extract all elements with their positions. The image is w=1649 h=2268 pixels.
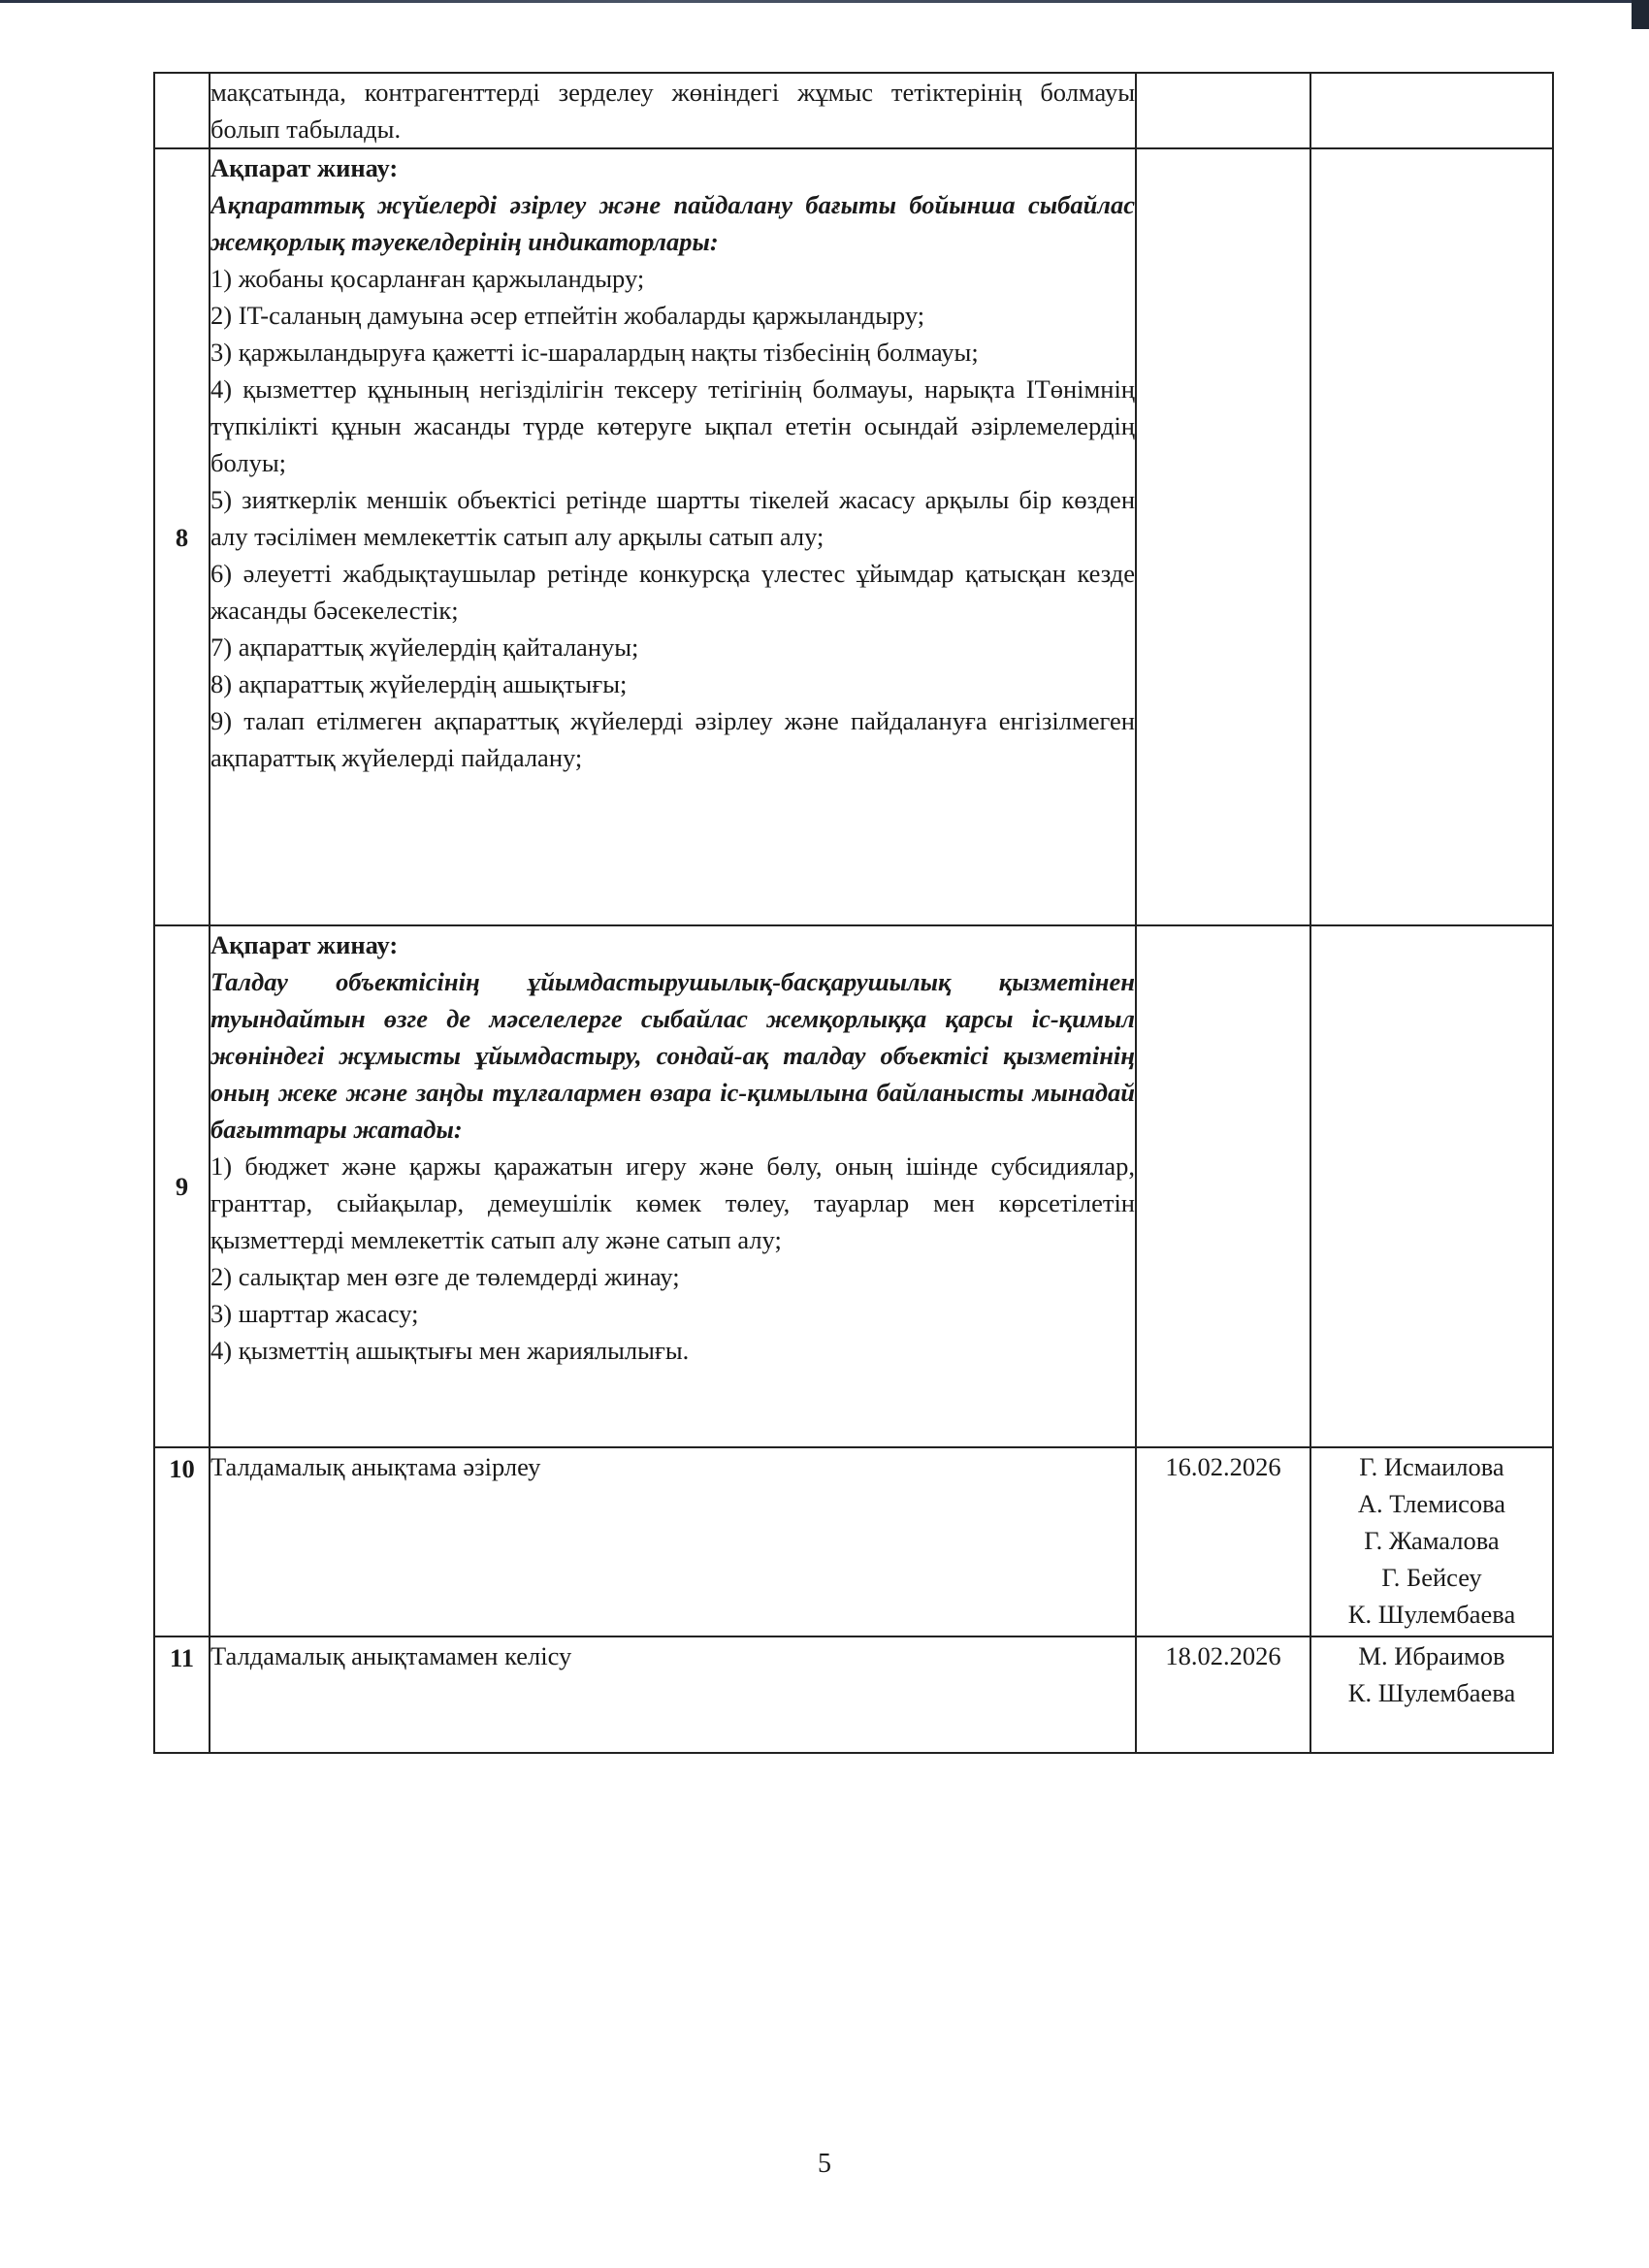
- list-item: 6) әлеуетті жабдықтаушылар ретінде конку…: [210, 555, 1135, 629]
- row-description: Ақпарат жинау: Талдау объектісінің ұйымд…: [210, 925, 1136, 1447]
- list-item: 9) талап етілмеген ақпараттық жүйелерді …: [210, 702, 1135, 776]
- row-date: [1136, 148, 1310, 925]
- responsible-person: М. Ибраимов: [1311, 1637, 1552, 1674]
- row-responsible: [1310, 925, 1553, 1447]
- row-number: 10: [154, 1447, 210, 1636]
- row-description: Талдамалық анықтамамен келісу: [210, 1636, 1136, 1753]
- row-date: [1136, 73, 1310, 148]
- section-subheading: Ақпараттық жүйелерді әзірлеу және пайдал…: [210, 186, 1135, 260]
- list-item: 5) зияткерлік меншік объектісі ретінде ш…: [210, 481, 1135, 555]
- row-description: Ақпарат жинау: Ақпараттық жүйелерді әзір…: [210, 148, 1136, 925]
- table-row: 10 Талдамалық анықтама әзірлеу 16.02.202…: [154, 1447, 1553, 1636]
- section-subheading: Талдау объектісінің ұйымдастырушылық-бас…: [210, 963, 1135, 1148]
- scan-edge-corner: [1632, 0, 1649, 29]
- row-responsible: Г. Исмаилова А. Тлемисова Г. Жамалова Г.…: [1310, 1447, 1553, 1636]
- row-number: 11: [154, 1636, 210, 1753]
- list-item: 2) IT-саланың дамуына әсер етпейтін жоба…: [210, 297, 1135, 334]
- page-number: 5: [0, 2149, 1649, 2180]
- responsible-person: Г. Жамалова: [1311, 1522, 1552, 1559]
- row-number: 9: [154, 925, 210, 1447]
- responsible-person: К. Шулембаева: [1311, 1596, 1552, 1633]
- table-row: 8 Ақпарат жинау: Ақпараттық жүйелерді әз…: [154, 148, 1553, 925]
- list-item: 8) ақпараттық жүйелердің ашықтығы;: [210, 665, 1135, 702]
- row-date: 18.02.2026: [1136, 1636, 1310, 1753]
- task-text: Талдамалық анықтамамен келісу: [210, 1637, 1135, 1674]
- list-item: 4) қызметтің ашықтығы мен жариялылығы.: [210, 1332, 1135, 1369]
- row-description: мақсатында, контрагенттерді зерделеу жөн…: [210, 73, 1136, 148]
- row-responsible: [1310, 148, 1553, 925]
- row-description: Талдамалық анықтама әзірлеу: [210, 1447, 1136, 1636]
- table-row: мақсатында, контрагенттерді зерделеу жөн…: [154, 73, 1553, 148]
- action-plan-table: мақсатында, контрагенттерді зерделеу жөн…: [153, 72, 1554, 1754]
- list-item: 4) қызметтер құнының негізділігін тексер…: [210, 371, 1135, 481]
- list-item: 7) ақпараттық жүйелердің қайталануы;: [210, 629, 1135, 665]
- responsible-person: Г. Бейсеу: [1311, 1559, 1552, 1596]
- row-date: 16.02.2026: [1136, 1447, 1310, 1636]
- task-text: Талдамалық анықтама әзірлеу: [210, 1448, 1135, 1485]
- table-row: 9 Ақпарат жинау: Талдау объектісінің ұйы…: [154, 925, 1553, 1447]
- row-responsible: [1310, 73, 1553, 148]
- row-responsible: М. Ибраимов К. Шулембаева: [1310, 1636, 1553, 1753]
- description-text: мақсатында, контрагенттерді зерделеу жөн…: [210, 74, 1135, 147]
- list-item: 1) бюджет және қаржы қаражатын игеру жән…: [210, 1148, 1135, 1258]
- row-number: 8: [154, 148, 210, 925]
- row-date: [1136, 925, 1310, 1447]
- scan-edge: [0, 0, 1649, 3]
- section-heading: Ақпарат жинау:: [210, 926, 1135, 963]
- list-item: 3) қаржыландыруға қажетті іс-шаралардың …: [210, 334, 1135, 371]
- responsible-person: К. Шулембаева: [1311, 1674, 1552, 1711]
- list-item: 3) шарттар жасасу;: [210, 1295, 1135, 1332]
- section-heading: Ақпарат жинау:: [210, 149, 1135, 186]
- list-item: 1) жобаны қосарланған қаржыландыру;: [210, 260, 1135, 297]
- row-number: [154, 73, 210, 148]
- responsible-person: А. Тлемисова: [1311, 1485, 1552, 1522]
- table-row: 11 Талдамалық анықтамамен келісу 18.02.2…: [154, 1636, 1553, 1753]
- responsible-person: Г. Исмаилова: [1311, 1448, 1552, 1485]
- list-item: 2) салықтар мен өзге де төлемдерді жинау…: [210, 1258, 1135, 1295]
